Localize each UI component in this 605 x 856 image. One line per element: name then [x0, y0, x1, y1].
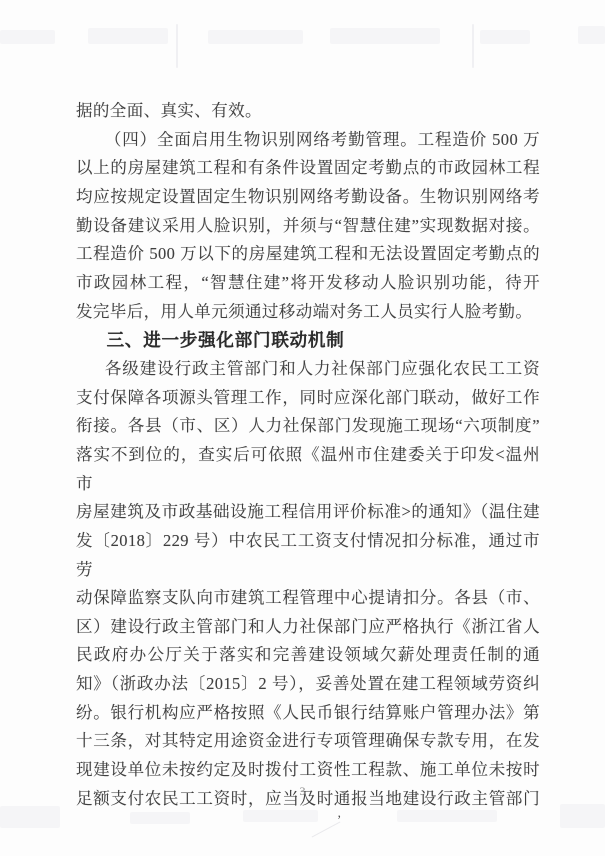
text-line: 均应按规定设置固定生物识别网络考勤设备。生物识别网络考	[76, 183, 540, 212]
document-page: 据的全面、真实、有效。（四）全面启用生物识别网络考勤管理。工程造价 500 万以…	[0, 0, 605, 856]
scan-artifact	[0, 30, 55, 44]
text-line: 以上的房屋建筑工程和有条件设置固定考勤点的市政园林工程	[76, 154, 540, 183]
text-line: 落实不到位的，查实后可依照《温州市住建委关于印发<温州市	[76, 441, 540, 498]
text-line: 十三条，对其特定用途资金进行专项管理确保专款专用，在发	[76, 727, 540, 756]
text-line: 发完毕后，用人单元须通过移动端对务工人员实行人脸考勤。	[76, 298, 540, 327]
scan-artifact	[130, 812, 190, 824]
text-line: 勤设备建议采用人脸识别，并须与“智慧住建”实现数据对接。	[76, 212, 540, 241]
text-line: 市政园林工程，“智慧住建”将开发移动人脸识别功能，待开	[76, 269, 540, 298]
scan-artifact	[312, 822, 341, 838]
text-line: 动保障监察支队向市建筑工程管理中心提请扣分。各县（市、	[76, 584, 540, 613]
text-line: 现建设单位未按约定及时拨付工资性工程款、施工单位未按时	[76, 756, 540, 785]
text-line: 纷。银行机构应严格按照《人民币银行结算账户管理办法》第	[76, 699, 540, 728]
scan-artifact	[208, 30, 303, 44]
ink-mark: ’	[337, 812, 341, 828]
text-line: 工程造价 500 万以下的房屋建筑工程和无法设置固定考勤点的	[76, 240, 540, 269]
text-line: 房屋建筑及市政基础设施工程信用评价标准>的通知》（温住建	[76, 498, 540, 527]
scan-artifact	[397, 810, 497, 822]
text-line: 据的全面、真实、有效。	[76, 97, 540, 126]
scan-artifact	[472, 24, 474, 68]
scan-artifact	[560, 804, 605, 828]
section-heading: 三、进一步强化部门联动机制	[76, 326, 540, 355]
scan-artifact	[578, 26, 605, 44]
scan-artifact	[88, 28, 168, 44]
text-line: （四）全面启用生物识别网络考勤管理。工程造价 500 万	[76, 126, 540, 155]
scan-artifact	[330, 28, 440, 44]
text-line: 发〔2018〕229 号）中农民工工资支付情况扣分标准，通过市劳	[76, 527, 540, 584]
page-number: 3	[0, 784, 605, 799]
scan-artifact	[480, 30, 530, 44]
text-line: 衔接。各县（市、区）人力社保部门发现施工现场“六项制度”	[76, 412, 540, 441]
text-line: 民政府办公厅关于落实和完善建设领域欠薪处理责任制的通	[76, 641, 540, 670]
scan-artifact	[176, 24, 178, 68]
text-line: 知》（浙政办法〔2015〕2 号），妥善处置在建工程领域劳资纠	[76, 670, 540, 699]
scan-artifact	[0, 806, 60, 828]
text-line: 区）建设行政主管部门和人力社保部门应严格执行《浙江省人	[76, 613, 540, 642]
document-text: 据的全面、真实、有效。（四）全面启用生物识别网络考勤管理。工程造价 500 万以…	[76, 97, 540, 813]
text-line: 支付保障各项源头管理工作，同时应深化部门联动，做好工作	[76, 384, 540, 413]
scan-artifact	[243, 810, 318, 822]
text-line: 各级建设行政主管部门和人力社保部门应强化农民工工资	[76, 355, 540, 384]
